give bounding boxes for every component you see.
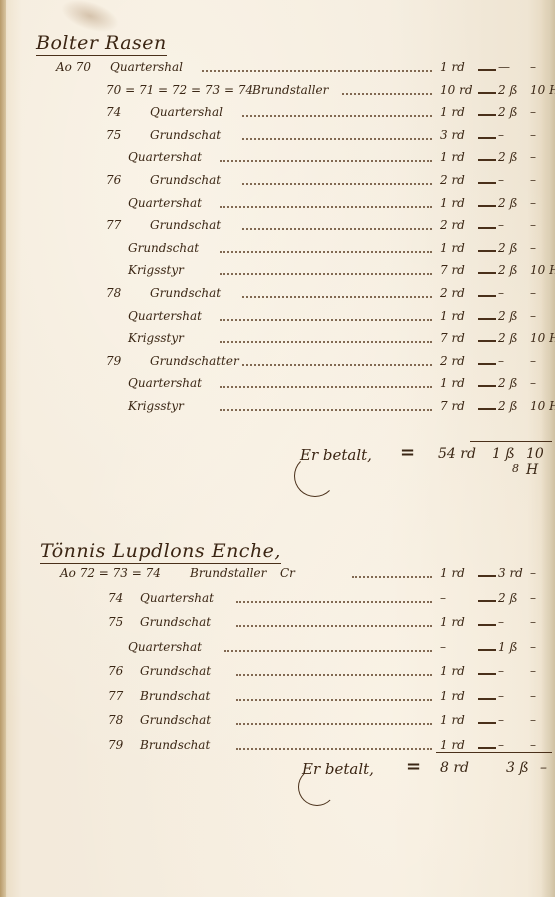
entry-skilling: 1 ß xyxy=(498,640,526,654)
ledger-entry-row: Quartershat1 rd2 ß– xyxy=(0,309,555,329)
ledger-entry-row: 75Grundschat3 rd–– xyxy=(0,128,555,148)
separator-dash xyxy=(478,295,496,297)
entry-penning: – xyxy=(530,218,554,232)
entry-penning: – xyxy=(530,60,554,74)
entry-penning: – xyxy=(530,150,554,164)
entry-years: 79 xyxy=(108,738,123,752)
ledger-entry-row: 79Brundschat1 rd–– xyxy=(0,738,555,758)
separator-dash xyxy=(478,722,496,724)
entry-penning: – xyxy=(530,738,554,752)
entry-rigsdaler: 1 rd xyxy=(440,196,476,210)
entry-years: 74 xyxy=(108,591,123,605)
entry-skilling: 2 ß xyxy=(498,263,526,277)
entry-rigsdaler: 1 rd xyxy=(440,689,476,703)
ledger-entry-row: Ao 72 = 73 = 74BrundstallerCr1 rd3 rd– xyxy=(0,566,555,586)
separator-dash xyxy=(478,137,496,139)
entry-description: Grundschat xyxy=(150,286,221,300)
entry-rigsdaler: 1 rd xyxy=(440,713,476,727)
leader-dots xyxy=(220,319,432,321)
leader-dots xyxy=(242,228,432,230)
entry-years: 78 xyxy=(106,286,121,300)
entry-skilling: 3 rd xyxy=(498,566,526,580)
section1-sum-rule xyxy=(470,441,552,442)
entry-rigsdaler: 1 rd xyxy=(440,738,476,752)
entry-skilling: 2 ß xyxy=(498,399,526,413)
leader-dots xyxy=(236,723,432,725)
leader-dots xyxy=(220,386,432,388)
entry-penning: 10 H xyxy=(530,263,554,277)
leader-dots xyxy=(220,273,432,275)
entry-description: Grundschat xyxy=(150,128,221,142)
leader-dots xyxy=(220,160,432,162)
entry-skilling: 2 ß xyxy=(498,150,526,164)
entry-years: 75 xyxy=(106,128,121,142)
entry-description: Quartershat xyxy=(128,376,202,390)
entry-years: 70 = 71 = 72 = 73 = 74 xyxy=(106,83,253,97)
ledger-entry-row: Quartershat1 rd2 ß– xyxy=(0,150,555,170)
entry-skilling: – xyxy=(498,286,526,300)
entry-skilling: 2 ß xyxy=(498,376,526,390)
leader-dots xyxy=(236,748,432,750)
entry-penning: – xyxy=(530,196,554,210)
ledger-entry-row: 76Grundschat1 rd–– xyxy=(0,664,555,684)
leader-dots xyxy=(224,650,432,652)
entry-description: Quartershat xyxy=(128,309,202,323)
entry-years: 74 xyxy=(106,105,121,119)
separator-dash xyxy=(478,600,496,602)
separator-dash xyxy=(478,227,496,229)
entry-skilling: 2 ß xyxy=(498,105,526,119)
ledger-entry-row: Quartershat1 rd2 ß– xyxy=(0,376,555,396)
entry-rigsdaler: 1 rd xyxy=(440,105,476,119)
entry-description: Grundschat xyxy=(140,615,211,629)
entry-rigsdaler: 1 rd xyxy=(440,309,476,323)
entry-penning: – xyxy=(530,689,554,703)
entry-description: Brundstaller xyxy=(190,566,266,580)
ledger-entry-row: Krigsstyr7 rd2 ß10 H xyxy=(0,263,555,283)
separator-dash xyxy=(478,575,496,577)
entry-skilling: – xyxy=(498,664,526,678)
leader-dots xyxy=(352,576,432,578)
section2-total-equals: = xyxy=(406,756,421,777)
entry-penning: – xyxy=(530,376,554,390)
entry-skilling: 2 ß xyxy=(498,591,526,605)
entry-skilling: – xyxy=(498,738,526,752)
entry-description: Quartershat xyxy=(128,196,202,210)
entry-skilling: 2 ß xyxy=(498,331,526,345)
leader-dots xyxy=(342,93,432,95)
entry-rigsdaler: 2 rd xyxy=(440,173,476,187)
separator-dash xyxy=(478,340,496,342)
leader-dots xyxy=(242,183,432,185)
entry-years: 76 xyxy=(106,173,121,187)
separator-dash xyxy=(478,159,496,161)
entry-penning: – xyxy=(530,713,554,727)
ledger-entry-row: Quartershat–1 ß– xyxy=(0,640,555,660)
section2-total-pen: – xyxy=(540,760,547,776)
leader-dots xyxy=(242,115,432,117)
ledger-entry-row: 75Grundschat1 rd–– xyxy=(0,615,555,635)
section1-total-equals: = xyxy=(400,442,415,463)
entry-description: Brundschat xyxy=(140,689,210,703)
ledger-entry-row: 77Grundschat2 rd–– xyxy=(0,218,555,238)
leader-dots xyxy=(236,699,432,701)
entry-penning: – xyxy=(530,105,554,119)
ledger-entry-row: 70 = 71 = 72 = 73 = 74Brundstaller10 rd2… xyxy=(0,83,555,103)
entry-description: Grundschat xyxy=(128,241,199,255)
leader-dots xyxy=(236,625,432,627)
entry-extra: Cr xyxy=(280,566,295,580)
section1-total-note: 8 xyxy=(512,462,519,475)
entry-skilling: – xyxy=(498,173,526,187)
separator-dash xyxy=(478,624,496,626)
entry-skilling: — xyxy=(498,60,526,74)
entry-years: Ao 70 xyxy=(56,60,91,74)
section1-total-sk: 1 ß xyxy=(492,446,515,462)
ledger-page: Bolter Rasen Ao 70Quartershal1 rd—–70 = … xyxy=(0,0,555,897)
entry-rigsdaler: 1 rd xyxy=(440,150,476,164)
entry-rigsdaler: 2 rd xyxy=(440,218,476,232)
leader-dots xyxy=(220,206,432,208)
entry-description: Grundschat xyxy=(140,713,211,727)
leader-dots xyxy=(242,364,432,366)
entry-penning: – xyxy=(530,128,554,142)
entry-rigsdaler: – xyxy=(440,640,476,654)
entry-rigsdaler: 7 rd xyxy=(440,331,476,345)
leader-dots xyxy=(202,70,432,72)
entry-skilling: 2 ß xyxy=(498,83,526,97)
ledger-entry-row: 74Quartershat–2 ß– xyxy=(0,591,555,611)
ledger-entry-row: 79Grundschatter2 rd–– xyxy=(0,354,555,374)
entry-penning: – xyxy=(530,566,554,580)
entry-rigsdaler: 1 rd xyxy=(440,615,476,629)
entry-description: Grundschat xyxy=(150,218,221,232)
entry-penning: – xyxy=(530,286,554,300)
entry-description: Krigsstyr xyxy=(128,263,184,277)
entry-description: Quartershal xyxy=(110,60,183,74)
entry-description: Quartershal xyxy=(150,105,223,119)
leader-dots xyxy=(220,341,432,343)
separator-dash xyxy=(478,698,496,700)
entry-rigsdaler: – xyxy=(440,591,476,605)
ledger-entry-row: Ao 70Quartershal1 rd—– xyxy=(0,60,555,80)
entry-description: Brundstaller xyxy=(252,83,328,97)
entry-description: Grundschat xyxy=(150,173,221,187)
entry-description: Brundschat xyxy=(140,738,210,752)
entry-penning: – xyxy=(530,664,554,678)
flourish-decoration xyxy=(294,455,336,497)
entry-penning: 10 H xyxy=(530,399,554,413)
entry-skilling: 2 ß xyxy=(498,241,526,255)
ledger-entry-row: Quartershat1 rd2 ß– xyxy=(0,196,555,216)
separator-dash xyxy=(478,385,496,387)
entry-skilling: 2 ß xyxy=(498,196,526,210)
entry-rigsdaler: 2 rd xyxy=(440,354,476,368)
separator-dash xyxy=(478,649,496,651)
leader-dots xyxy=(220,251,432,253)
entry-penning: – xyxy=(530,615,554,629)
entry-description: Quartershat xyxy=(128,640,202,654)
entry-years: Ao 72 = 73 = 74 xyxy=(60,566,161,580)
entry-penning: – xyxy=(530,640,554,654)
entry-penning: 10 H xyxy=(530,83,554,97)
entry-description: Krigsstyr xyxy=(128,331,184,345)
entry-description: Quartershat xyxy=(128,150,202,164)
ledger-entry-row: Grundschat1 rd2 ß– xyxy=(0,241,555,261)
entry-years: 78 xyxy=(108,713,123,727)
separator-dash xyxy=(478,318,496,320)
entry-rigsdaler: 1 rd xyxy=(440,376,476,390)
leader-dots xyxy=(220,409,432,411)
entry-rigsdaler: 1 rd xyxy=(440,241,476,255)
entry-penning: – xyxy=(530,309,554,323)
ledger-entry-row: 74Quartershal1 rd2 ß– xyxy=(0,105,555,125)
ledger-entry-row: 78Grundschat1 rd–– xyxy=(0,713,555,733)
separator-dash xyxy=(478,673,496,675)
ledger-entry-row: Krigsstyr7 rd2 ß10 H xyxy=(0,331,555,351)
section2-heading: Tönnis Lupdlons Enche, xyxy=(40,540,281,564)
section2-total-rd: 8 rd xyxy=(440,760,469,776)
separator-dash xyxy=(478,92,496,94)
leader-dots xyxy=(236,674,432,676)
section1-total-rd: 54 rd xyxy=(438,446,476,462)
entry-rigsdaler: 2 rd xyxy=(440,286,476,300)
leader-dots xyxy=(242,138,432,140)
entry-penning: – xyxy=(530,354,554,368)
entry-years: 76 xyxy=(108,664,123,678)
separator-dash xyxy=(478,250,496,252)
separator-dash xyxy=(478,408,496,410)
separator-dash xyxy=(478,747,496,749)
ledger-entry-row: 77Brundschat1 rd–– xyxy=(0,689,555,709)
entry-years: 79 xyxy=(106,354,121,368)
entry-skilling: – xyxy=(498,713,526,727)
entry-description: Grundschatter xyxy=(150,354,239,368)
entry-rigsdaler: 7 rd xyxy=(440,263,476,277)
section1-heading: Bolter Rasen xyxy=(36,32,167,56)
entry-skilling: – xyxy=(498,354,526,368)
entry-penning: – xyxy=(530,591,554,605)
leader-dots xyxy=(242,296,432,298)
section2-sum-rule xyxy=(436,752,552,753)
entry-rigsdaler: 3 rd xyxy=(440,128,476,142)
entry-skilling: – xyxy=(498,218,526,232)
flourish-decoration xyxy=(298,768,336,806)
entry-rigsdaler: 1 rd xyxy=(440,566,476,580)
ledger-entry-row: 76Grundschat2 rd–– xyxy=(0,173,555,193)
entry-skilling: – xyxy=(498,615,526,629)
separator-dash xyxy=(478,363,496,365)
entry-penning: – xyxy=(530,241,554,255)
entry-skilling: 2 ß xyxy=(498,309,526,323)
entry-rigsdaler: 7 rd xyxy=(440,399,476,413)
entry-penning: – xyxy=(530,173,554,187)
section2-total-sk: 3 ß xyxy=(506,760,529,776)
ledger-entry-row: Krigsstyr7 rd2 ß10 H xyxy=(0,399,555,419)
entry-description: Grundschat xyxy=(140,664,211,678)
leader-dots xyxy=(236,601,432,603)
separator-dash xyxy=(478,272,496,274)
separator-dash xyxy=(478,114,496,116)
entry-rigsdaler: 10 rd xyxy=(440,83,476,97)
entry-description: Quartershat xyxy=(140,591,214,605)
entry-years: 75 xyxy=(108,615,123,629)
entry-skilling: – xyxy=(498,689,526,703)
entry-description: Krigsstyr xyxy=(128,399,184,413)
separator-dash xyxy=(478,182,496,184)
separator-dash xyxy=(478,69,496,71)
ledger-entry-row: 78Grundschat2 rd–– xyxy=(0,286,555,306)
entry-penning: 10 H xyxy=(530,331,554,345)
entry-skilling: – xyxy=(498,128,526,142)
entry-rigsdaler: 1 rd xyxy=(440,664,476,678)
entry-years: 77 xyxy=(106,218,121,232)
entry-years: 77 xyxy=(108,689,123,703)
entry-rigsdaler: 1 rd xyxy=(440,60,476,74)
separator-dash xyxy=(478,205,496,207)
section1-total-pen: 10 H xyxy=(526,446,555,478)
